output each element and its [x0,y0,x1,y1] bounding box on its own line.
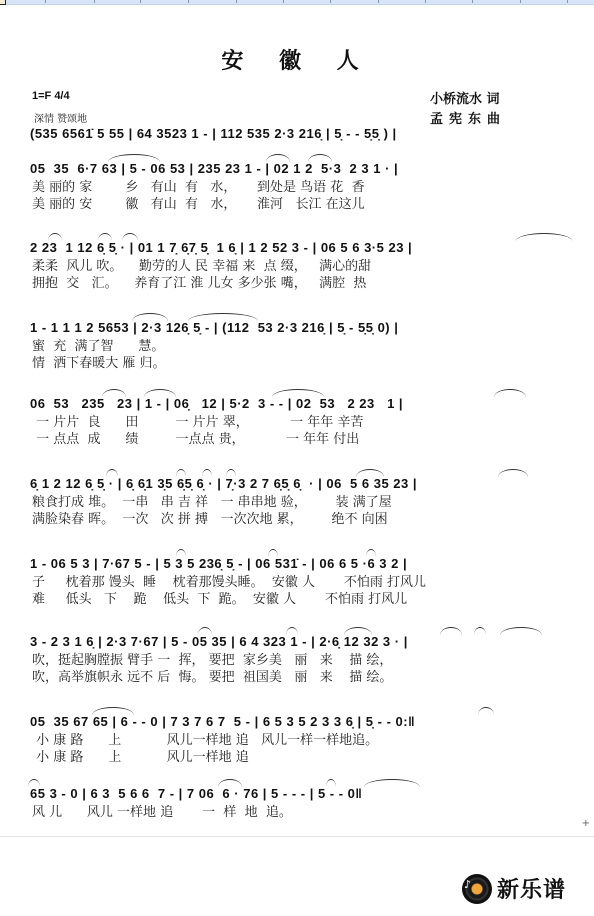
lyric-verse-1: 子 枕着那 馒头 睡 枕着那馒头睡。 安徽 人 不怕雨 打风儿 [30,574,560,591]
slur-mark [440,627,462,635]
slur-mark [268,549,278,557]
score-line-7: 1 - 06 5 3 | 7·67 5 - | 5 3 5 236̣ 5̣ - … [30,554,560,608]
ruler-tick [425,0,426,3]
slur-mark [326,779,336,787]
lyric-verse-1: 美 丽的 家 乡 有山 有 水， 到处是 鸟语 花 香 [30,179,560,196]
logo-text: 新乐谱 [497,873,566,904]
lyric-verse-1: 一 片片 良 田 一 片片 翠， 一 年年 辛苦 [30,414,560,431]
lyric-verse-2: 美 丽的 安 徽 有山 有 水， 淮河 长江 在这儿 [30,196,560,213]
score-line-1: (535 6561̇ 5 55 | 64 3523 1 - | 112 535 … [30,124,560,144]
slur-mark [500,627,542,635]
slur-mark [122,233,138,241]
ruler-tick [140,0,141,3]
notation-line: 2 23 1 12 6̣ 5̣ · | 01 1 7̣ 6̣7̣ 5̣ 1 6̣… [30,238,560,258]
slur-mark [48,233,62,241]
slur-mark [356,469,384,477]
ruler-tick [236,0,237,3]
score-line-8: 3 - 2 3 1 6̣ | 2·3 7·67 | 5 - 05 35 | 6 … [30,632,560,686]
score-page: 安 徽 人 1=F 4/4 深情 赞颂地 小桥流水 词 孟宪东曲 (535 65… [0,6,594,836]
lyric-verse-1: 蜜 充 满了智 慧。 [30,338,560,355]
slur-mark [176,549,186,557]
slur-mark [308,154,332,162]
ruler-tick [283,0,284,3]
ruler-tick [567,0,568,3]
vinyl-record-icon [462,874,492,904]
slur-mark [132,313,168,321]
slur-mark [144,389,176,397]
lyric-verse-2: 拥抱 交 汇。 养育了江 淮 儿女 多少张 嘴， 满腔 热 [30,275,560,292]
tempo-marking: 深情 赞颂地 [34,110,87,125]
site-logo[interactable]: 新乐谱 [462,873,566,904]
notation-line: 05 35 6·7 63 | 5 - 06 53 | 235 23 1 - | … [30,159,560,179]
slur-mark [474,627,486,635]
ruler-corner[interactable] [0,0,6,5]
lyric-verse-1: 柔柔 风儿 吹。 勤劳的人 民 幸福 来 点 缀， 满心的甜 [30,258,560,275]
page-corner-mark: + [582,818,590,829]
slur-mark [286,627,298,635]
ruler-tick [472,0,473,3]
slur-mark [478,707,494,715]
slur-mark [106,469,118,477]
lyric-verse-2: 小 康 路 上 风儿一样地 追 [30,749,560,766]
notation-line: 1 - 1 1 1 2 5653 | 2·3 126̣ 5̣ - | (112 … [30,318,560,338]
lyric-verse-1: 粮食打成 堆。 一串 串 吉 祥 一 串串地 验， 装 满了屋 [30,494,560,511]
score-line-5: 06 53 235 23 | 1 - | 06̣ 12 | 5·2 3 - - … [30,394,560,448]
ruler-tick [94,0,95,3]
ruler-tick [378,0,379,3]
slur-mark [92,707,134,715]
lyric-verse-2: 吹，高举旗帜永 远不 后 悔。 要把 祖国美 丽 来 描 绘。 [30,669,560,686]
song-title: 安 徽 人 [0,44,594,75]
slur-mark [366,549,376,557]
ruler-tick [520,0,521,3]
slur-mark [202,469,212,477]
slur-mark [102,389,126,397]
slur-mark [98,233,112,241]
lyric-verse-2: 难 低头 下 跪 低头 下 跪。 安徽 人 不怕雨 打风儿 [30,591,560,608]
slur-mark [498,469,528,477]
ruler-tick [45,0,46,3]
lyric-verse-1: 吹，挺起胸膛振 臂手 一 挥， 要把 家乡美 丽 来 描 绘， [30,652,560,669]
notation-line: 3 - 2 3 1 6̣ | 2·3 7·67 | 5 - 05 35 | 6 … [30,632,560,652]
score-line-9: 05 35 67 65 | 6 - - 0 | 7 3 7 6 7 5 - | … [30,712,560,766]
lyric-verse-1: 风 儿 风儿 一样地 追 一 样 地 追。 [30,804,560,821]
slur-mark [28,779,40,787]
slur-mark [272,389,324,397]
ruler-tick [330,0,331,3]
slur-mark [176,469,186,477]
notation-line: 06 53 235 23 | 1 - | 06̣ 12 | 5·2 3 - - … [30,394,560,414]
score-line-3: 2 23 1 12 6̣ 5̣ · | 01 1 7̣ 6̣7̣ 5̣ 1 6̣… [30,238,560,292]
notation-line: (535 6561̇ 5 55 | 64 3523 1 - | 112 535 … [30,124,560,144]
notation-line: 05 35 67 65 | 6 - - 0 | 7 3 7 6 7 5 - | … [30,712,560,732]
ruler-tick [188,0,189,3]
slur-mark [198,627,212,635]
slur-mark [108,154,160,162]
lyric-verse-2: 情 洒下春暖大 雁 归。 [30,355,560,372]
notation-line: 1 - 06 5 3 | 7·67 5 - | 5 3 5 236̣ 5̣ - … [30,554,560,574]
lyricist-credit: 小桥流水 词 [430,88,500,107]
lyric-verse-2: 一 点点 成 绩 一点点 贵， 一 年年 付出 [30,431,560,448]
lyric-verse-2: 满脸染春 晖。 一次 次 拼 搏 一次次地 累， 绝不 向困 [30,511,560,528]
slur-mark [344,627,372,635]
slur-mark [266,154,290,162]
key-signature: 1=F 4/4 [32,90,70,102]
ruler-bar [0,0,594,5]
score-line-2: 05 35 6·7 63 | 5 - 06 53 | 235 23 1 - | … [30,159,560,213]
slur-mark [226,469,236,477]
score-line-4: 1 - 1 1 1 2 5653 | 2·3 126̣ 5̣ - | (112 … [30,318,560,372]
score-line-6: 6̣ 1 2 12 6̣ 5̣ · | 6̣ 6̣1 3̣5 6̣5̣ 6̣ ·… [30,474,560,528]
slur-mark [188,313,258,321]
notation-line: 6̣ 1 2 12 6̣ 5̣ · | 6̣ 6̣1 3̣5 6̣5̣ 6̣ ·… [30,474,560,494]
slur-mark [218,779,242,787]
lyric-verse-1: 小 康 路 上 风儿一样地 追 风儿一样一样地追。 [30,732,560,749]
slur-mark [364,779,420,787]
score-line-10: 65 3 - 0 | 6 3 5 6 6 7 - | 7 06 6 · 76 |… [30,784,560,821]
page-divider [0,836,594,837]
slur-mark [516,233,572,241]
notation-line: 65 3 - 0 | 6 3 5 6 6 7 - | 7 06 6 · 76 |… [30,784,560,804]
slur-mark [494,389,526,397]
